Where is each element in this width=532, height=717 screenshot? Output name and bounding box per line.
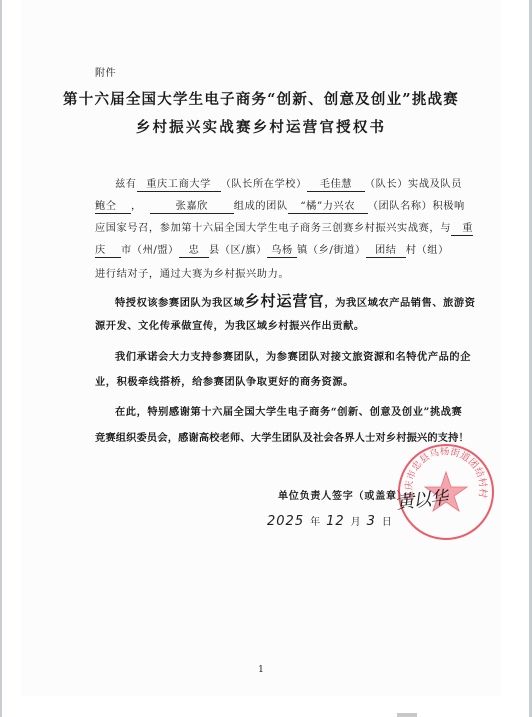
document-title-line1: 第十六届全国大学生电子商务“创新、创意及创业”挑战赛	[21, 88, 501, 109]
date-line: 2025年12月3日	[267, 513, 398, 529]
para1-line3-text: 应国家号召，参加第十六届全国大学生电子商务三创赛乡村振兴实战赛，与	[95, 223, 451, 234]
date-day: 3	[367, 514, 376, 529]
school-field: 重庆工商大学	[137, 179, 221, 192]
date-day-unit: 日	[382, 517, 392, 528]
member1-field: 鲍仝	[95, 201, 131, 214]
para1-line2: 鲍仝，张嘉欣组成的团队“橘”力兴农（团队名称）积极响	[95, 200, 471, 214]
viewer-left-border	[0, 0, 2, 717]
captain-field: 毛佳慧	[307, 179, 365, 192]
city-field-part1: 重	[451, 223, 473, 236]
school-hint: （队长所在学校）	[221, 179, 307, 190]
town-field: 乌杨	[267, 245, 297, 258]
team-hint: 组成的团队	[234, 201, 288, 212]
document-page: 附件 第十六届全国大学生电子商务“创新、创意及创业”挑战赛 乡村振兴实战赛乡村运…	[21, 0, 501, 696]
member2-field: 张嘉欣	[150, 201, 234, 214]
para4-line1: 在此，特别感谢第十六届全国大学生电子商务“创新、创意及创业”挑战赛	[95, 405, 491, 419]
city-hint: 市（州/盟）	[121, 245, 179, 256]
signature-label: 单位负责人签字（或盖章）：	[278, 487, 413, 502]
captain-hint: （队长）实战及队员	[365, 179, 462, 190]
city-field-part2: 庆	[95, 245, 121, 258]
para2-line2: 源开发、文化传承做宣传，为我区域乡村振兴作出贡献。	[95, 319, 471, 333]
attachment-label: 附件	[95, 64, 116, 79]
document-title-line2: 乡村振兴实战赛乡村运营官授权书	[21, 116, 501, 137]
para3-line2: 业，积极牵线搭桥，给参赛团队争取更好的商务资源。	[95, 375, 471, 389]
para3-line1: 我们承诺会大力支持参赛团队，为参赛团队对接文旅资源和名特优产品的企	[95, 350, 491, 364]
county-field: 忠	[179, 245, 209, 258]
para2-suffix: ，为我区域农产品销售、旅游资	[324, 297, 475, 309]
para1-line3: 应国家号召，参加第十六届全国大学生电子商务三创赛乡村振兴实战赛，与重	[95, 222, 471, 236]
town-hint: 镇（乡/街道）	[297, 245, 366, 256]
team-name-field: “橘”力兴农	[288, 201, 368, 214]
handwritten-signature: 黄以华	[395, 483, 448, 514]
para2-line1: 特授权该参赛团队为我区域乡村运营官，为我区域农产品销售、旅游资	[95, 294, 491, 310]
para1-line4: 庆市（州/盟）忠县（区/旗）乌杨镇（乡/街道）团结村（组）	[95, 244, 471, 258]
next-page-edge	[397, 713, 417, 717]
para2-prefix: 特授权该参赛团队为我区域	[115, 297, 244, 309]
date-year-unit: 年	[310, 517, 320, 528]
county-hint: 县（区/旗）	[209, 245, 267, 256]
role-highlight: 乡村运营官	[244, 292, 324, 310]
village-hint: 村（组）	[406, 245, 449, 256]
date-month: 12	[326, 514, 345, 529]
page-number: 1	[21, 665, 501, 675]
date-month-unit: 月	[351, 517, 361, 528]
para1-line5: 进行结对子，通过大赛为乡村振兴助力。	[95, 268, 471, 282]
para1-line1: 兹有重庆工商大学（队长所在学校）毛佳慧（队长）实战及队员	[95, 178, 491, 192]
date-year: 2025	[267, 514, 304, 529]
team-name-hint: （团队名称）积极响	[368, 201, 465, 212]
member-separator: ，	[131, 201, 142, 212]
village-field: 团结	[366, 245, 406, 258]
para1-prefix: 兹有	[115, 179, 137, 190]
